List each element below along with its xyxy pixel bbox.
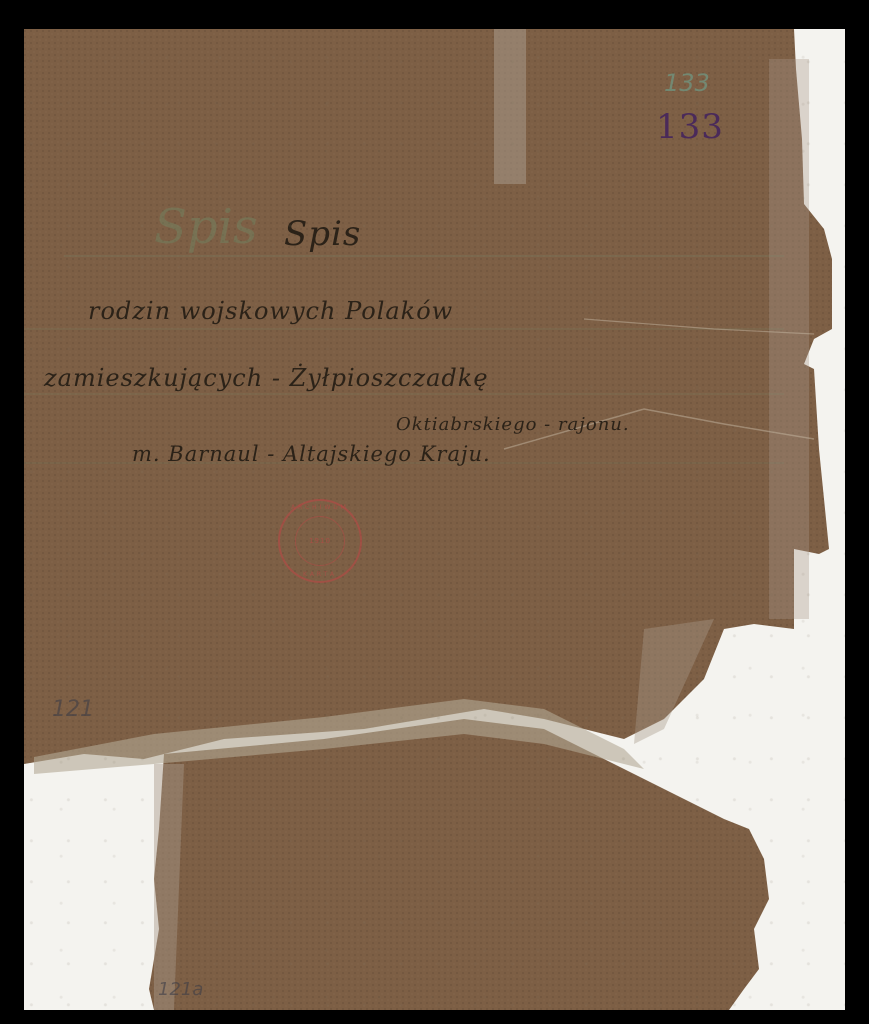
document-scan: 133 133 Spis Spis rodzin wojskowych Pola… <box>24 29 845 1010</box>
torn-paper-sheet: 133 133 Spis Spis rodzin wojskowych Pola… <box>24 29 845 1010</box>
archive-stamp: ARCHIWUM 1910 KARTA <box>278 499 362 583</box>
paper-shape <box>24 29 845 1010</box>
text-line-2: zamieszkujących - Żyłpioszczadkę <box>44 364 489 392</box>
folio-number-green: 133 <box>664 69 710 97</box>
document-title: Spis <box>284 214 361 254</box>
stamp-center: 1910 <box>295 516 345 566</box>
text-line-3: Oktiabrskiego - rajonu. <box>396 414 630 435</box>
text-line-4: m. Barnaul - Altajskiego Kraju. <box>132 442 491 466</box>
stamp-ring-bottom: KARTA <box>280 571 360 578</box>
folio-number-121: 121 <box>52 697 94 722</box>
stamp-ring-top: ARCHIWUM <box>280 504 360 511</box>
folio-number-purple: 133 <box>656 107 724 147</box>
ghost-title: Spis <box>154 199 258 255</box>
text-line-1: rodzin wojskowych Polaków <box>88 297 453 325</box>
folio-number-121a: 121a <box>158 979 203 1000</box>
